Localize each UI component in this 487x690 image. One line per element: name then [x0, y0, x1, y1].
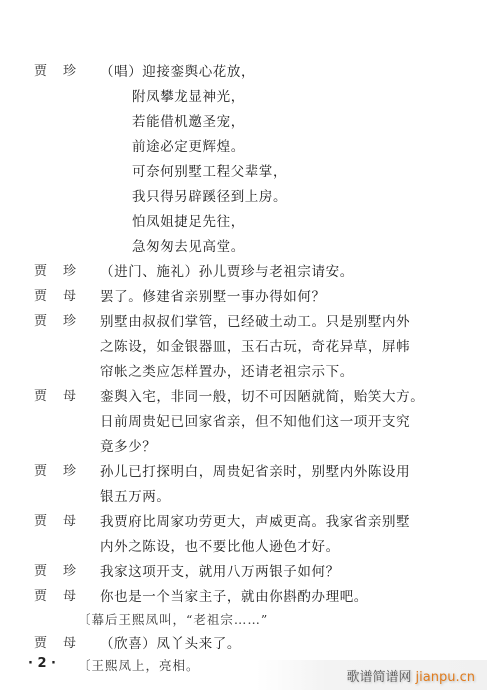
- stage-direction: 〔王熙凤上，亮相。: [78, 658, 200, 674]
- dialogue-continuation: 若能借机邀圣宠，: [132, 114, 245, 130]
- speaker-name: 贾母: [34, 389, 76, 405]
- speaker-name: 贾珍: [34, 564, 76, 580]
- speaker-name: 贾母: [34, 636, 76, 652]
- speaker-name: 贾珍: [34, 464, 76, 480]
- speaker-given-name: 珍: [63, 264, 76, 280]
- dialogue-continuation: 急匆匆去见高堂。: [132, 239, 245, 255]
- speaker-given-name: 母: [63, 514, 76, 530]
- speaker-given-name: 珍: [63, 564, 76, 580]
- speaker-surname: 贾: [34, 514, 47, 529]
- speaker-surname: 贾: [34, 589, 47, 604]
- speaker-name: 贾珍: [34, 264, 76, 280]
- speaker-surname: 贾: [34, 289, 47, 304]
- dialogue-continuation: 附凤攀龙显神光，: [132, 89, 245, 105]
- dialogue-line: 我贾府比周家功劳更大，声威更高。我家省亲别墅: [100, 514, 410, 530]
- speaker-given-name: 珍: [63, 464, 76, 480]
- dialogue-continuation: 竟多少？: [100, 439, 156, 455]
- watermark-cn: 歌谱简谱网: [347, 670, 412, 685]
- dialogue-line: （唱）迎接銮舆心花放，: [100, 64, 255, 80]
- speaker-given-name: 母: [63, 289, 76, 305]
- dialogue-line: （进门、施礼）孙儿贾珍与老祖宗请安。: [100, 264, 354, 280]
- speaker-given-name: 母: [63, 636, 76, 652]
- dialogue-continuation: 我只得另辟蹊径到上房。: [132, 189, 287, 205]
- dialogue-line: 你也是一个当家主子，就由你斟酌办理吧。: [100, 589, 368, 605]
- speaker-surname: 贾: [34, 64, 47, 79]
- dialogue-line: 銮舆入宅，非同一般，切不可因陋就简，贻笑大方。: [100, 389, 424, 405]
- speaker-name: 贾母: [34, 589, 76, 605]
- speaker-surname: 贾: [34, 636, 47, 651]
- speaker-surname: 贾: [34, 389, 47, 404]
- speaker-name: 贾珍: [34, 314, 76, 330]
- dialogue-line: 别墅由叔叔们掌管，已经破土动工。只是别墅内外: [100, 314, 410, 330]
- dialogue-continuation: 银五万两。: [100, 489, 171, 505]
- page-number: · 2 ·: [28, 656, 56, 671]
- dialogue-line: （欣喜）凤丫头来了。: [100, 636, 241, 652]
- dialogue-continuation: 内外之陈设，也不要比他人逊色才好。: [100, 539, 340, 555]
- speaker-given-name: 珍: [63, 64, 76, 80]
- dialogue-continuation: 前途必定更辉煌。: [132, 139, 245, 155]
- speaker-surname: 贾: [34, 264, 47, 279]
- speaker-given-name: 珍: [63, 314, 76, 330]
- dialogue-continuation: 怕凤姐捷足先往，: [132, 214, 245, 230]
- script-page: 贾珍（唱）迎接銮舆心花放，附凤攀龙显神光，若能借机邀圣宠，前途必定更辉煌。可奈何…: [0, 0, 487, 690]
- watermark-en: jianpu.cn: [416, 670, 475, 685]
- dialogue-line: 罢了。修建省亲别墅一事办得如何？: [100, 289, 326, 305]
- watermark: 歌谱简谱网jianpu.cn: [347, 666, 475, 685]
- dialogue-line: 孙儿已打探明白，周贵妃省亲时，别墅内外陈设用: [100, 464, 410, 480]
- speaker-given-name: 母: [63, 589, 76, 605]
- speaker-name: 贾母: [34, 514, 76, 530]
- speaker-name: 贾母: [34, 289, 76, 305]
- speaker-surname: 贾: [34, 564, 47, 579]
- dialogue-continuation: 帘帐之类应怎样置办，还请老祖宗示下。: [100, 364, 354, 380]
- dialogue-continuation: 日前周贵妃已回家省亲，但不知他们这一项开支究: [100, 414, 410, 430]
- speaker-surname: 贾: [34, 464, 47, 479]
- speaker-surname: 贾: [34, 314, 47, 329]
- stage-direction: 〔幕后王熙凤叫，“老祖宗……”: [78, 612, 268, 628]
- speaker-name: 贾珍: [34, 64, 76, 80]
- dialogue-line: 我家这项开支，就用八万两银子如何？: [100, 564, 340, 580]
- dialogue-continuation: 可奈何别墅工程父辈掌，: [132, 164, 287, 180]
- speaker-given-name: 母: [63, 389, 76, 405]
- dialogue-continuation: 之陈设，如金银器皿，玉石古玩，奇花异草，屏帏: [100, 339, 410, 355]
